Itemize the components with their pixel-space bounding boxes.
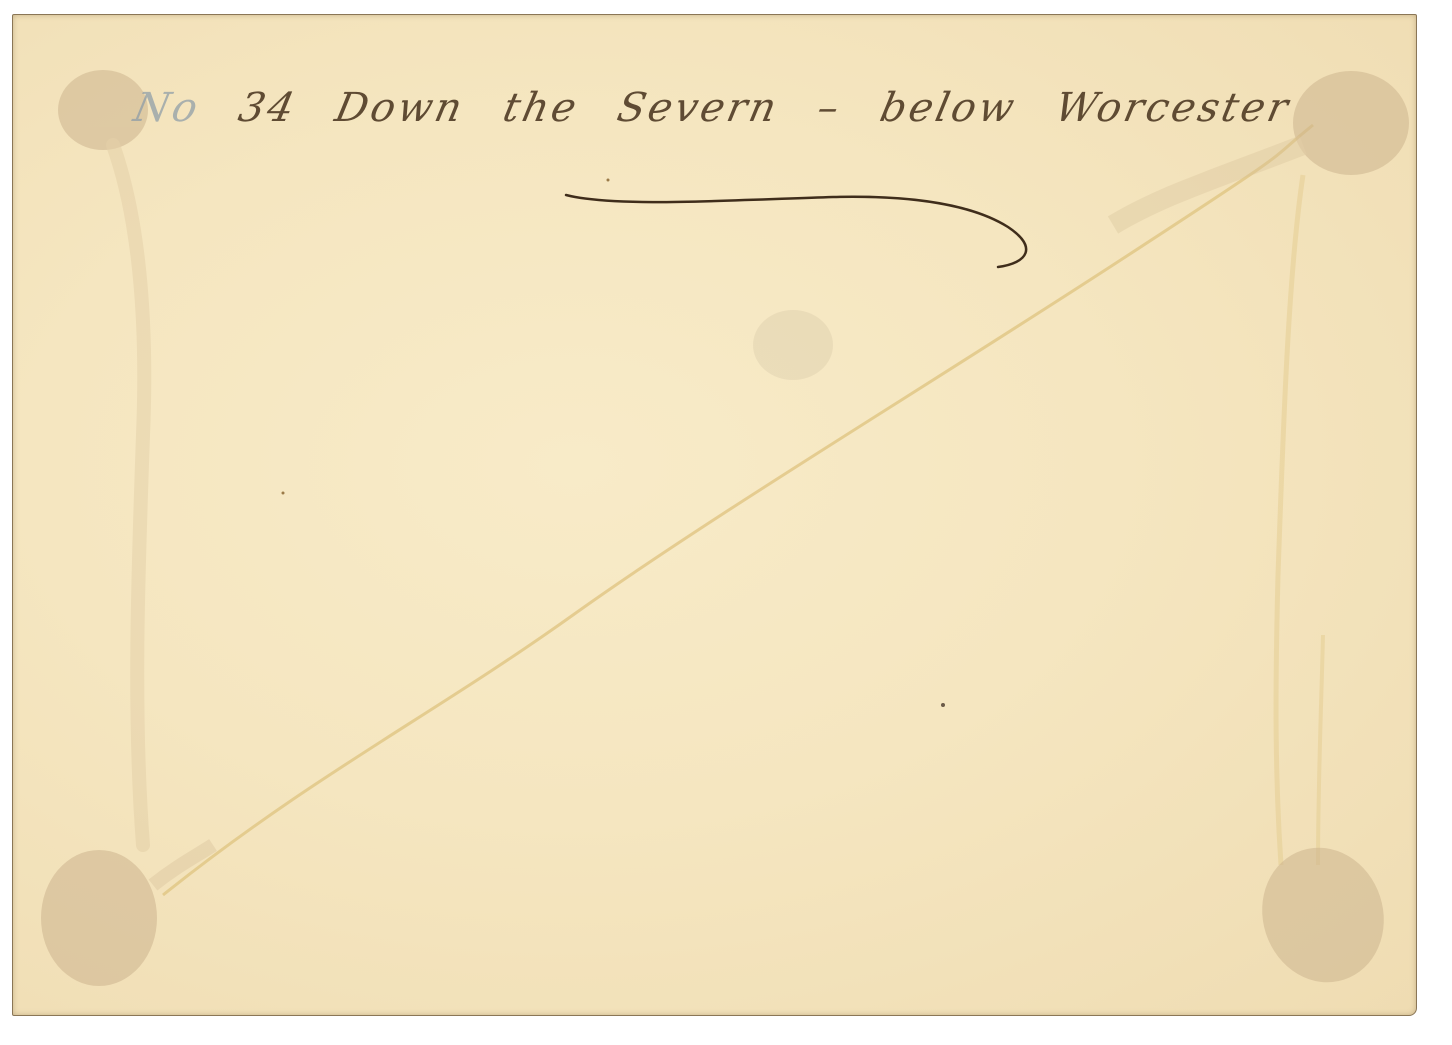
stain-bottom-right	[1245, 832, 1401, 998]
inscription-word-6: Worcester	[1051, 85, 1295, 131]
inscription-word-4: –	[813, 85, 846, 131]
stain-top-right	[1113, 71, 1409, 865]
handwritten-inscription: No 34 Down the Severn – below Worcester	[122, 85, 1299, 165]
inscription-prefix: No	[130, 85, 205, 131]
inscription-word-1: Down	[331, 85, 469, 131]
water-stains	[13, 15, 1416, 1015]
inscription-word-2: the	[499, 85, 583, 131]
inscription-number: 34	[235, 85, 302, 131]
stain-bottom-left	[41, 845, 213, 986]
stain-top-left	[58, 70, 148, 845]
inscription-word-3: Severn	[613, 85, 783, 131]
paper-card: No 34 Down the Severn – below Worcester	[12, 14, 1417, 1016]
scan-background: No 34 Down the Severn – below Worcester	[0, 0, 1452, 1045]
inscription-word-5: below	[876, 85, 1021, 131]
